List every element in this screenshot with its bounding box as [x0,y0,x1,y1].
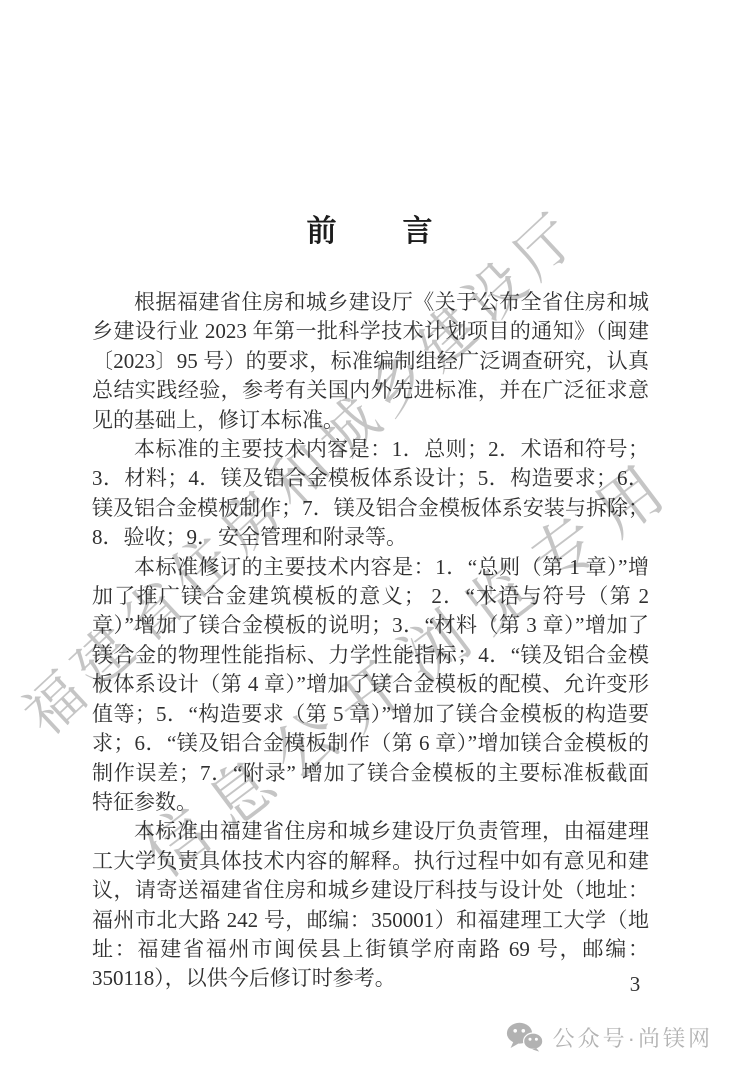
document-body: 根据福建省住房和城乡建设厅《关于公布全省住房和城乡建设行业 2023 年第一批科… [92,288,649,994]
page-number: 3 [616,972,654,997]
paragraph-1: 根据福建省住房和城乡建设厅《关于公布全省住房和城乡建设行业 2023 年第一批科… [92,288,649,435]
wechat-icon [506,1022,544,1052]
footer-label: 公众号·尚镁网 [553,1022,713,1053]
page-title: 前 言 [92,206,649,250]
paragraph-2: 本标准的主要技术内容是：1．总则；2．术语和符号；3．材料；4．镁及铝合金模板体… [92,435,649,553]
paragraph-3: 本标准修订的主要技术内容是：1．“总则（第 1 章）”增加了推广镁合金建筑模板的… [92,553,649,818]
paragraph-4: 本标准由福建省住房和城乡建设厅负责管理，由福建理工大学负责具体技术内容的解释。执… [92,817,649,993]
document-page: 福建省住房和城乡建设厅 信息公开浏览专用 前 言 根据福建省住房和城乡建设厅《关… [0,0,735,1066]
footer: 公众号·尚镁网 [0,1017,735,1057]
document-content-layer: 前 言 根据福建省住房和城乡建设厅《关于公布全省住房和城乡建设行业 2023 年… [0,0,735,1066]
